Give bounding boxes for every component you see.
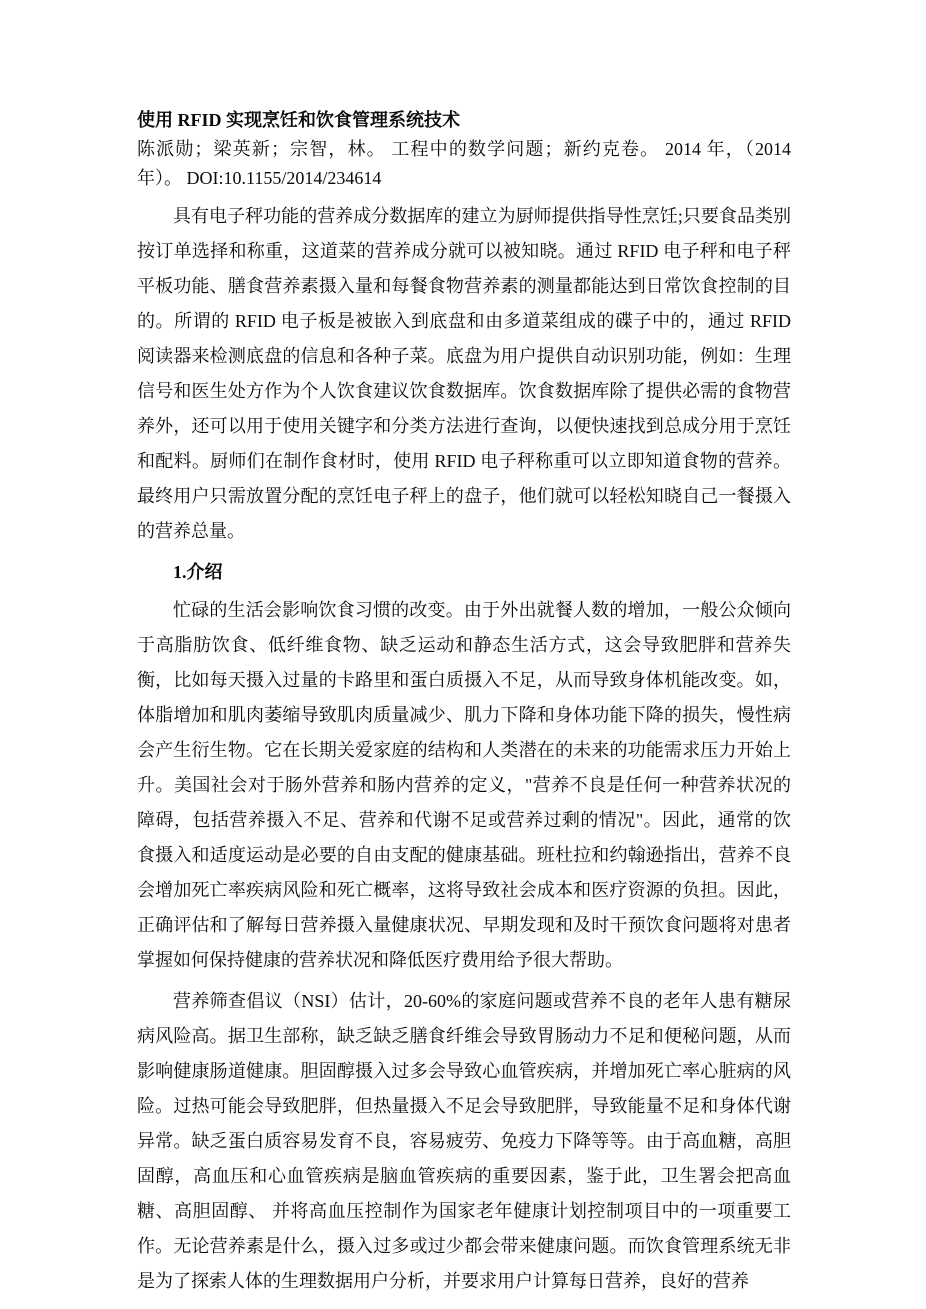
document-page: 使用 RFID 实现烹饪和饮食管理系统技术 陈派勋；梁英新；宗智，林。 工程中的… bbox=[0, 0, 926, 1309]
paper-title: 使用 RFID 实现烹饪和饮食管理系统技术 bbox=[137, 106, 791, 135]
abstract-paragraph: 具有电子秤功能的营养成分数据库的建立为厨师提供指导性烹饪;只要食品类别按订单选择… bbox=[137, 199, 791, 549]
introduction-paragraph-1: 忙碌的生活会影响饮食习惯的改变。由于外出就餐人数的增加，一般公众倾向于高脂肪饮食… bbox=[137, 593, 791, 978]
section-heading-introduction: 1.介绍 bbox=[137, 555, 791, 590]
paper-citation: 陈派勋；梁英新；宗智，林。 工程中的数学问题；新约克卷。 2014 年，（201… bbox=[137, 135, 791, 193]
introduction-paragraph-2: 营养筛查倡议（NSI）估计，20-60%的家庭问题或营养不良的老年人患有糖尿病风… bbox=[137, 984, 791, 1299]
document-content: 使用 RFID 实现烹饪和饮食管理系统技术 陈派勋；梁英新；宗智，林。 工程中的… bbox=[137, 106, 791, 1305]
